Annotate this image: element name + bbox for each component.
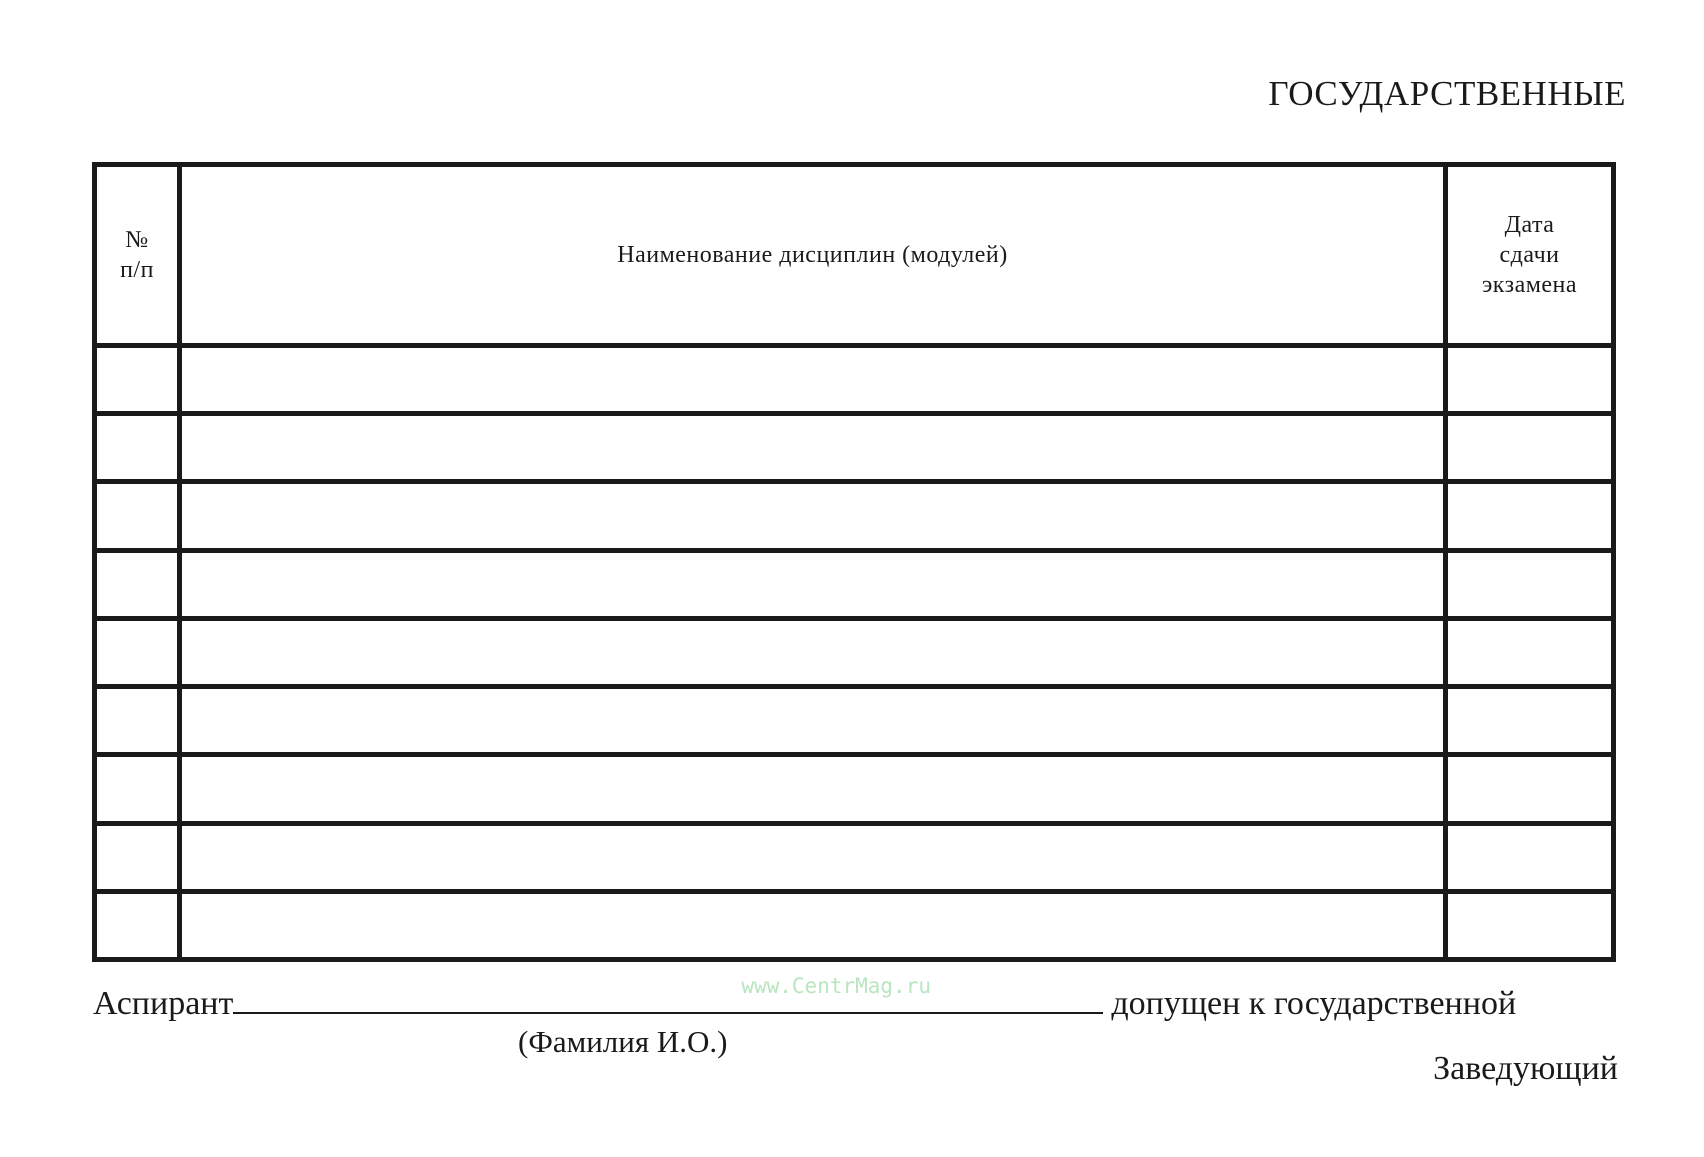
cell-number[interactable] <box>95 346 180 414</box>
table-row <box>95 891 1614 959</box>
cell-date[interactable] <box>1446 346 1614 414</box>
cell-discipline[interactable] <box>180 687 1446 755</box>
cell-date[interactable] <box>1446 755 1614 823</box>
table-row <box>95 550 1614 618</box>
table-row <box>95 482 1614 550</box>
student-line: Аспирантwww.CentrMag.ruдопущен к государ… <box>93 982 1516 1023</box>
cell-discipline[interactable] <box>180 755 1446 823</box>
cell-discipline[interactable] <box>180 550 1446 618</box>
table-row <box>95 755 1614 823</box>
cell-date[interactable] <box>1446 618 1614 686</box>
cell-number[interactable] <box>95 482 180 550</box>
cell-discipline[interactable] <box>180 618 1446 686</box>
head-label: Заведующий <box>1433 1050 1618 1088</box>
cell-date[interactable] <box>1446 482 1614 550</box>
watermark: www.CentrMag.ru <box>741 974 931 998</box>
cell-date[interactable] <box>1446 414 1614 482</box>
cell-discipline[interactable] <box>180 823 1446 891</box>
admitted-text: допущен к государственной <box>1111 985 1516 1022</box>
cell-date[interactable] <box>1446 687 1614 755</box>
cell-number[interactable] <box>95 550 180 618</box>
header-date-line2: сдачи <box>1448 240 1611 270</box>
student-label: Аспирант <box>93 985 233 1022</box>
cell-number[interactable] <box>95 618 180 686</box>
cell-date[interactable] <box>1446 891 1614 959</box>
table-row <box>95 823 1614 891</box>
header-date-line3: экзамена <box>1448 270 1611 300</box>
table-row <box>95 618 1614 686</box>
table-header-row: № п/п Наименование дисциплин (модулей) Д… <box>95 165 1614 346</box>
name-caption: (Фамилия И.О.) <box>518 1024 727 1060</box>
header-number-pp: п/п <box>97 255 177 285</box>
cell-number[interactable] <box>95 414 180 482</box>
header-number: № п/п <box>95 165 180 346</box>
exam-table: № п/п Наименование дисциплин (модулей) Д… <box>92 162 1616 962</box>
cell-discipline[interactable] <box>180 414 1446 482</box>
cell-number[interactable] <box>95 823 180 891</box>
cell-discipline[interactable] <box>180 346 1446 414</box>
header-discipline: Наименование дисциплин (модулей) <box>180 165 1446 346</box>
cell-number[interactable] <box>95 687 180 755</box>
student-name-field[interactable]: www.CentrMag.ru <box>233 982 1103 1014</box>
header-number-symbol: № <box>97 225 177 255</box>
cell-date[interactable] <box>1446 823 1614 891</box>
cell-discipline[interactable] <box>180 482 1446 550</box>
cell-number[interactable] <box>95 891 180 959</box>
table-row <box>95 687 1614 755</box>
document-title: ГОСУДАРСТВЕННЫЕ <box>1268 74 1626 114</box>
header-exam-date: Дата сдачи экзамена <box>1446 165 1614 346</box>
cell-date[interactable] <box>1446 550 1614 618</box>
cell-number[interactable] <box>95 755 180 823</box>
header-date-line1: Дата <box>1448 210 1611 240</box>
table-row <box>95 414 1614 482</box>
cell-discipline[interactable] <box>180 891 1446 959</box>
table-row <box>95 346 1614 414</box>
